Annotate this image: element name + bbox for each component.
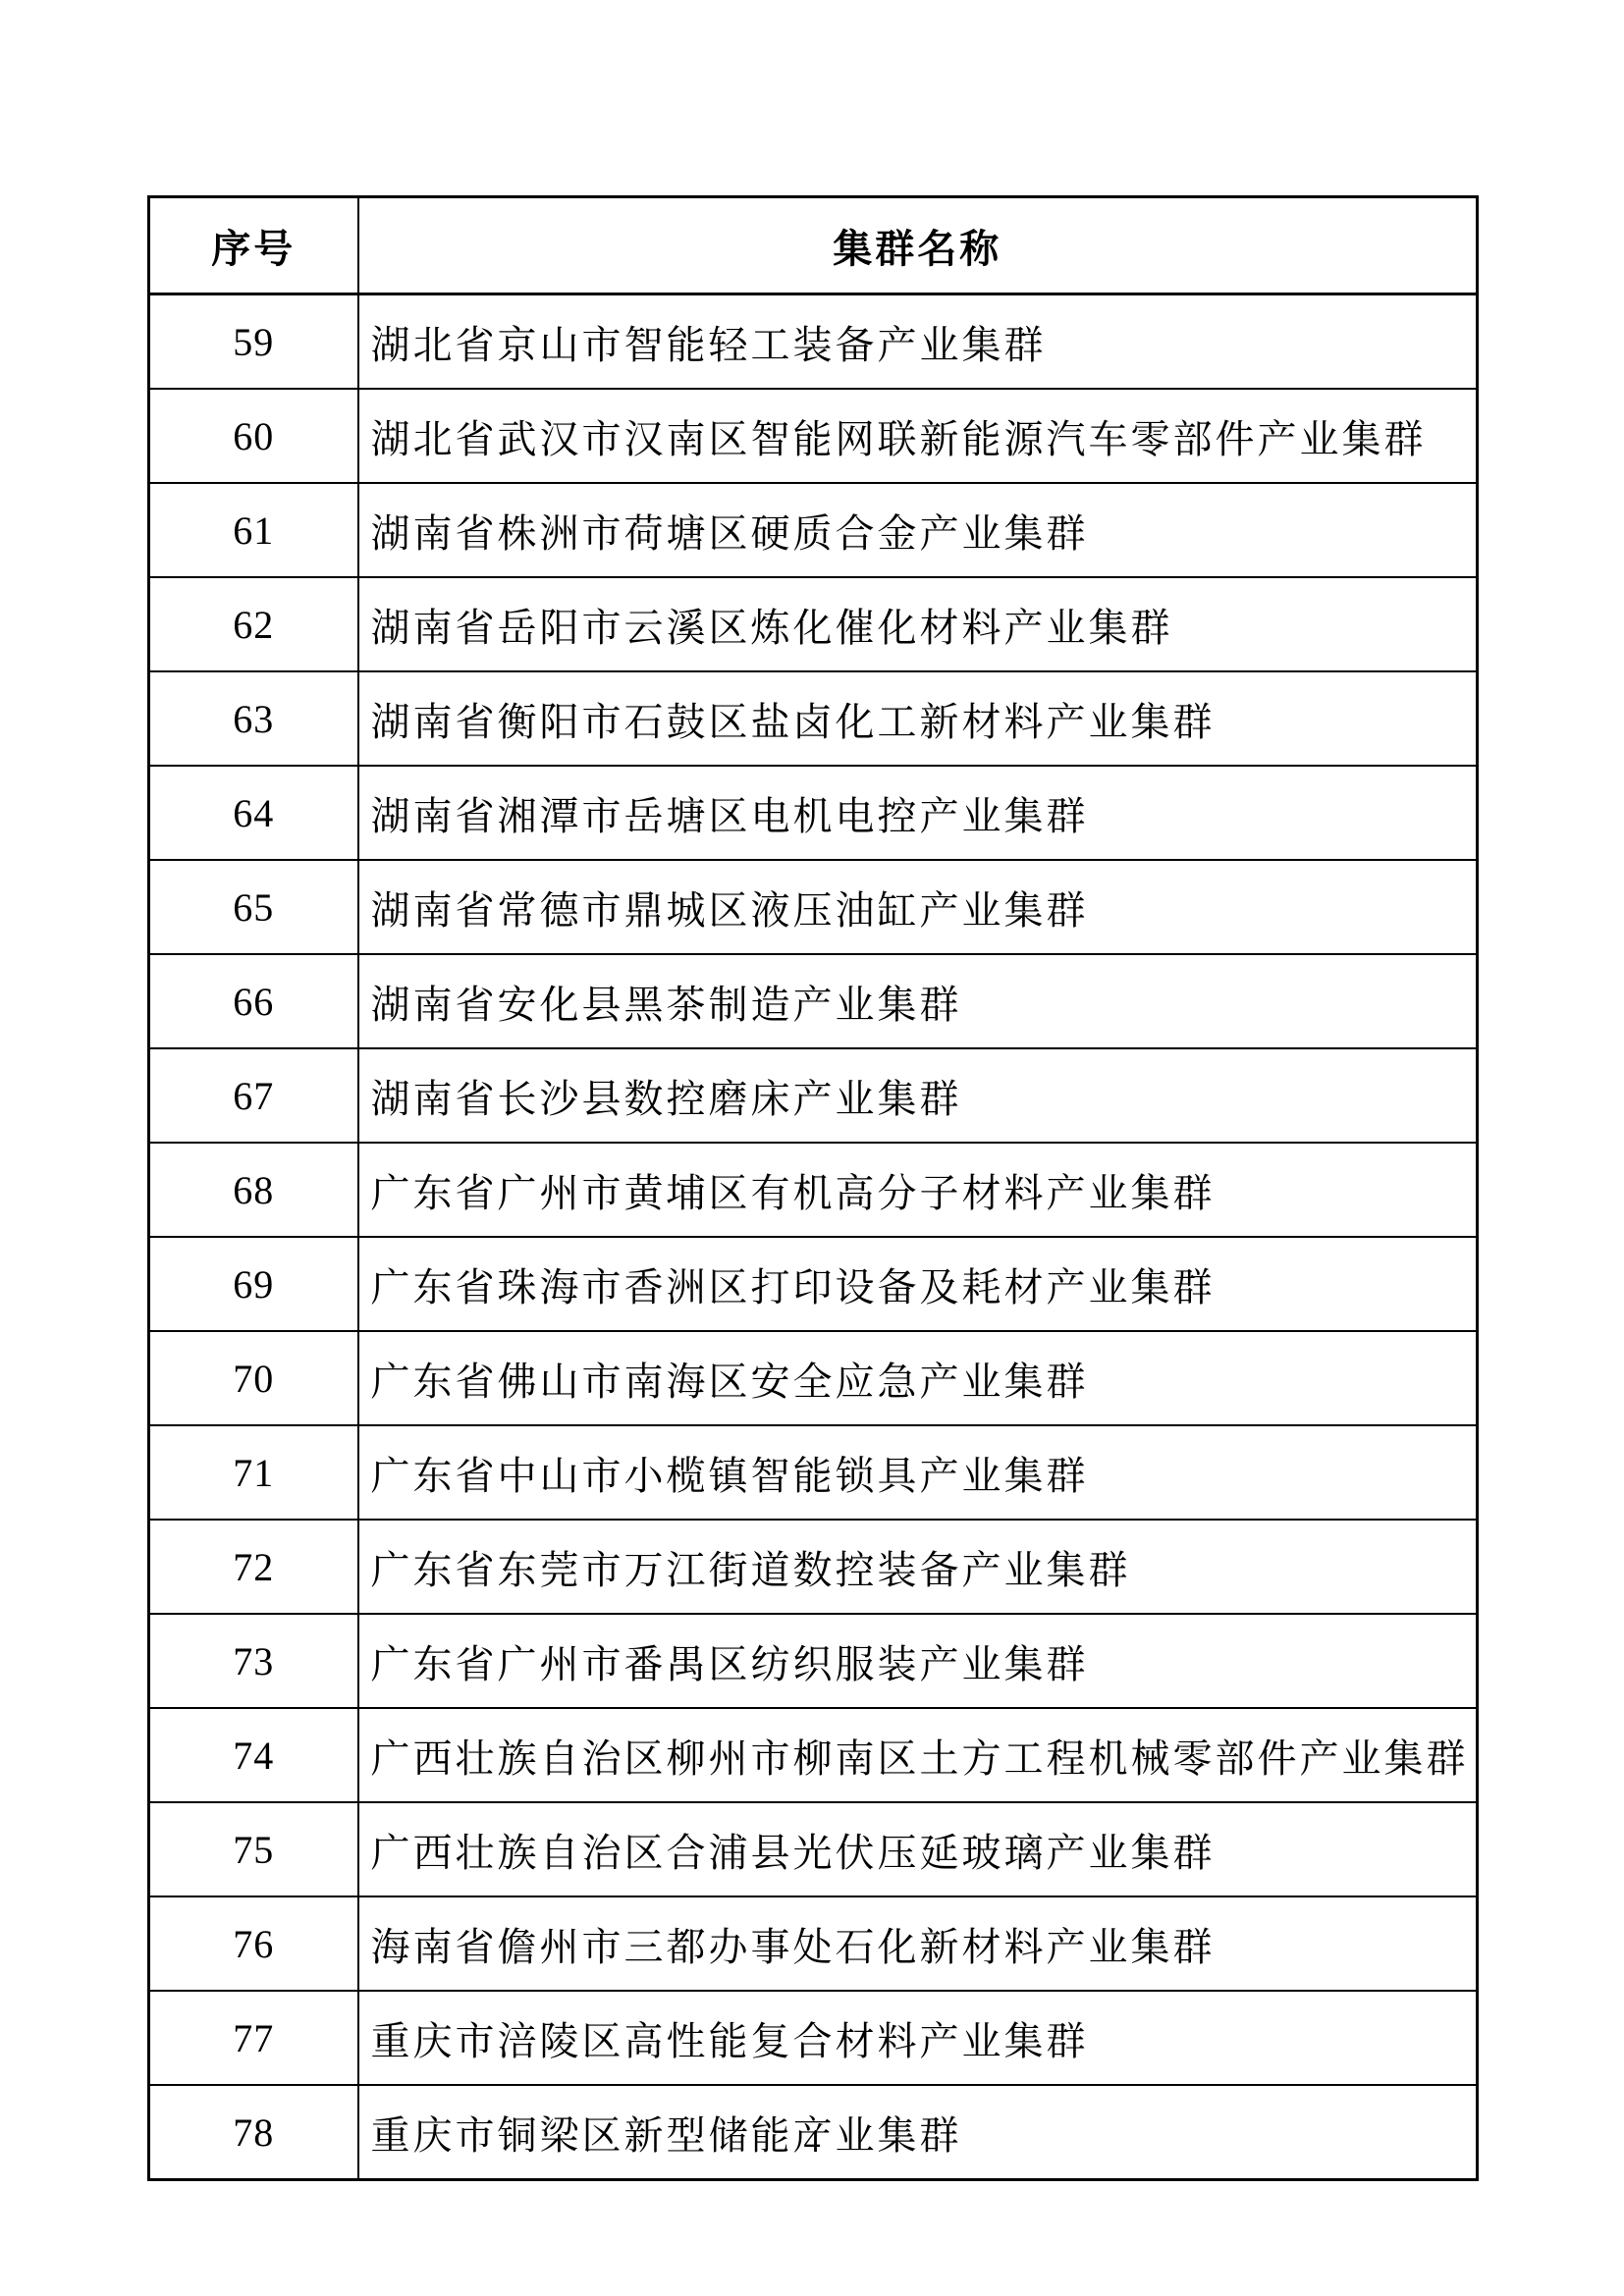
table-row: 73广东省广州市番禺区纺织服装产业集群 [149,1614,1478,1708]
header-row: 序号 集群名称 [149,197,1478,294]
table-row: 65湖南省常德市鼎城区液压油缸产业集群 [149,860,1478,954]
table-row: 66湖南省安化县黑茶制造产业集群 [149,954,1478,1048]
table-row: 71广东省中山市小榄镇智能锁具产业集群 [149,1425,1478,1520]
page-number: 4 [0,2123,1624,2161]
cluster-name: 广东省佛山市南海区安全应急产业集群 [358,1331,1478,1425]
table-row: 77重庆市涪陵区高性能复合材料产业集群 [149,1991,1478,2085]
table-row: 61湖南省株洲市荷塘区硬质合金产业集群 [149,483,1478,577]
row-number: 60 [149,389,358,483]
cluster-name: 湖北省京山市智能轻工装备产业集群 [358,294,1478,390]
header-cell-no: 序号 [149,197,358,294]
table-row: 76海南省儋州市三都办事处石化新材料产业集群 [149,1896,1478,1991]
cluster-name: 广东省广州市番禺区纺织服装产业集群 [358,1614,1478,1708]
cluster-name: 湖南省湘潭市岳塘区电机电控产业集群 [358,766,1478,860]
table-row: 64湖南省湘潭市岳塘区电机电控产业集群 [149,766,1478,860]
cluster-name: 湖南省常德市鼎城区液压油缸产业集群 [358,860,1478,954]
table-row: 68广东省广州市黄埔区有机高分子材料产业集群 [149,1143,1478,1237]
cluster-name: 广西壮族自治区合浦县光伏压延玻璃产业集群 [358,1802,1478,1896]
table-row: 63湖南省衡阳市石鼓区盐卤化工新材料产业集群 [149,671,1478,766]
row-number: 72 [149,1520,358,1614]
table-row: 74广西壮族自治区柳州市柳南区土方工程机械零部件产业集群 [149,1708,1478,1802]
cluster-name: 广东省中山市小榄镇智能锁具产业集群 [358,1425,1478,1520]
cluster-name: 广西壮族自治区柳州市柳南区土方工程机械零部件产业集群 [358,1708,1478,1802]
cluster-name: 湖南省长沙县数控磨床产业集群 [358,1048,1478,1143]
cluster-name: 广东省广州市黄埔区有机高分子材料产业集群 [358,1143,1478,1237]
row-number: 62 [149,577,358,671]
table-body: 59湖北省京山市智能轻工装备产业集群60湖北省武汉市汉南区智能网联新能源汽车零部… [149,294,1478,2180]
row-number: 74 [149,1708,358,1802]
row-number: 73 [149,1614,358,1708]
table-row: 72广东省东莞市万江街道数控装备产业集群 [149,1520,1478,1614]
table-header: 序号 集群名称 [149,197,1478,294]
row-number: 64 [149,766,358,860]
row-number: 75 [149,1802,358,1896]
table-row: 69广东省珠海市香洲区打印设备及耗材产业集群 [149,1237,1478,1331]
table-row: 70广东省佛山市南海区安全应急产业集群 [149,1331,1478,1425]
row-number: 67 [149,1048,358,1143]
row-number: 69 [149,1237,358,1331]
cluster-name: 湖南省安化县黑茶制造产业集群 [358,954,1478,1048]
cluster-name: 重庆市涪陵区高性能复合材料产业集群 [358,1991,1478,2085]
table-row: 62湖南省岳阳市云溪区炼化催化材料产业集群 [149,577,1478,671]
row-number: 59 [149,294,358,390]
row-number: 68 [149,1143,358,1237]
table-row: 59湖北省京山市智能轻工装备产业集群 [149,294,1478,390]
cluster-name: 海南省儋州市三都办事处石化新材料产业集群 [358,1896,1478,1991]
header-cell-name: 集群名称 [358,197,1478,294]
table-row: 75广西壮族自治区合浦县光伏压延玻璃产业集群 [149,1802,1478,1896]
cluster-name: 湖南省株洲市荷塘区硬质合金产业集群 [358,483,1478,577]
cluster-table: 序号 集群名称 59湖北省京山市智能轻工装备产业集群60湖北省武汉市汉南区智能网… [147,195,1479,2181]
cluster-name: 广东省东莞市万江街道数控装备产业集群 [358,1520,1478,1614]
cluster-name: 湖南省岳阳市云溪区炼化催化材料产业集群 [358,577,1478,671]
row-number: 76 [149,1896,358,1991]
row-number: 63 [149,671,358,766]
cluster-name: 湖南省衡阳市石鼓区盐卤化工新材料产业集群 [358,671,1478,766]
cluster-name: 广东省珠海市香洲区打印设备及耗材产业集群 [358,1237,1478,1331]
row-number: 71 [149,1425,358,1520]
row-number: 77 [149,1991,358,2085]
row-number: 70 [149,1331,358,1425]
table-row: 60湖北省武汉市汉南区智能网联新能源汽车零部件产业集群 [149,389,1478,483]
row-number: 66 [149,954,358,1048]
row-number: 65 [149,860,358,954]
table-row: 67湖南省长沙县数控磨床产业集群 [149,1048,1478,1143]
row-number: 61 [149,483,358,577]
cluster-name: 湖北省武汉市汉南区智能网联新能源汽车零部件产业集群 [358,389,1478,483]
